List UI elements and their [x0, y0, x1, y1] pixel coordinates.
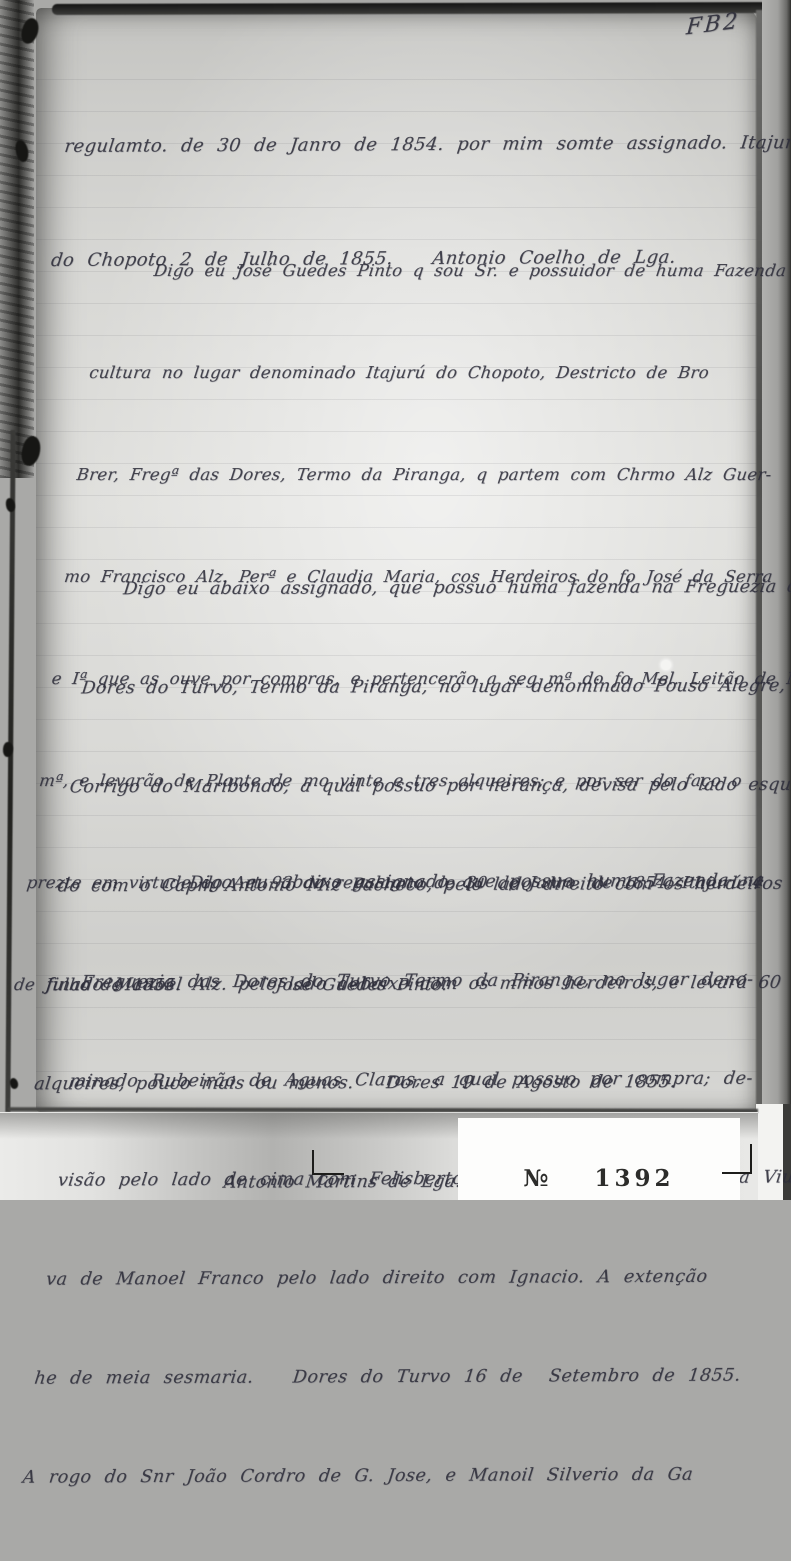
numero-sign: № — [523, 1165, 552, 1192]
scanned-document: FB2 regulamto. de 30 de Janro de 1854. p… — [0, 0, 791, 1200]
crop-mark-bottom-left — [312, 1150, 344, 1175]
archive-number: 1392 — [594, 1165, 674, 1192]
book-binding-strip — [0, 0, 34, 478]
archive-number-text: №1392 — [523, 1165, 674, 1192]
manuscript-line: regulamto. de 30 de Janro de 1854. por m… — [62, 124, 791, 166]
manuscript-line: Digo eu José Guedes Pinto q sou Sr. e po… — [100, 254, 791, 288]
manuscript-line: Dores do Turvo, Termo da Piranga, no lug… — [79, 670, 791, 706]
archive-number-label: №1392 — [458, 1118, 740, 1200]
manuscript-line: Freguezia das Dores do Turvo Termo da Pi… — [79, 963, 791, 999]
manuscript-line: Brer, Fregª das Dores, Termo da Piranga,… — [75, 458, 791, 492]
manuscript-line: Digo eu abaixo assignado que possuo huma… — [91, 864, 791, 900]
manuscript-line: minado Rubeirão de Aguas Claras, a qual … — [68, 1062, 791, 1098]
manuscript-line: Digo eu abaixo assignado, que possuo hum… — [91, 571, 791, 607]
manuscript-line: cultura no lugar denominado Itajurú do C… — [87, 356, 791, 390]
crop-mark-bottom-right — [722, 1144, 752, 1174]
page-top-edge-shadow — [52, 2, 782, 15]
